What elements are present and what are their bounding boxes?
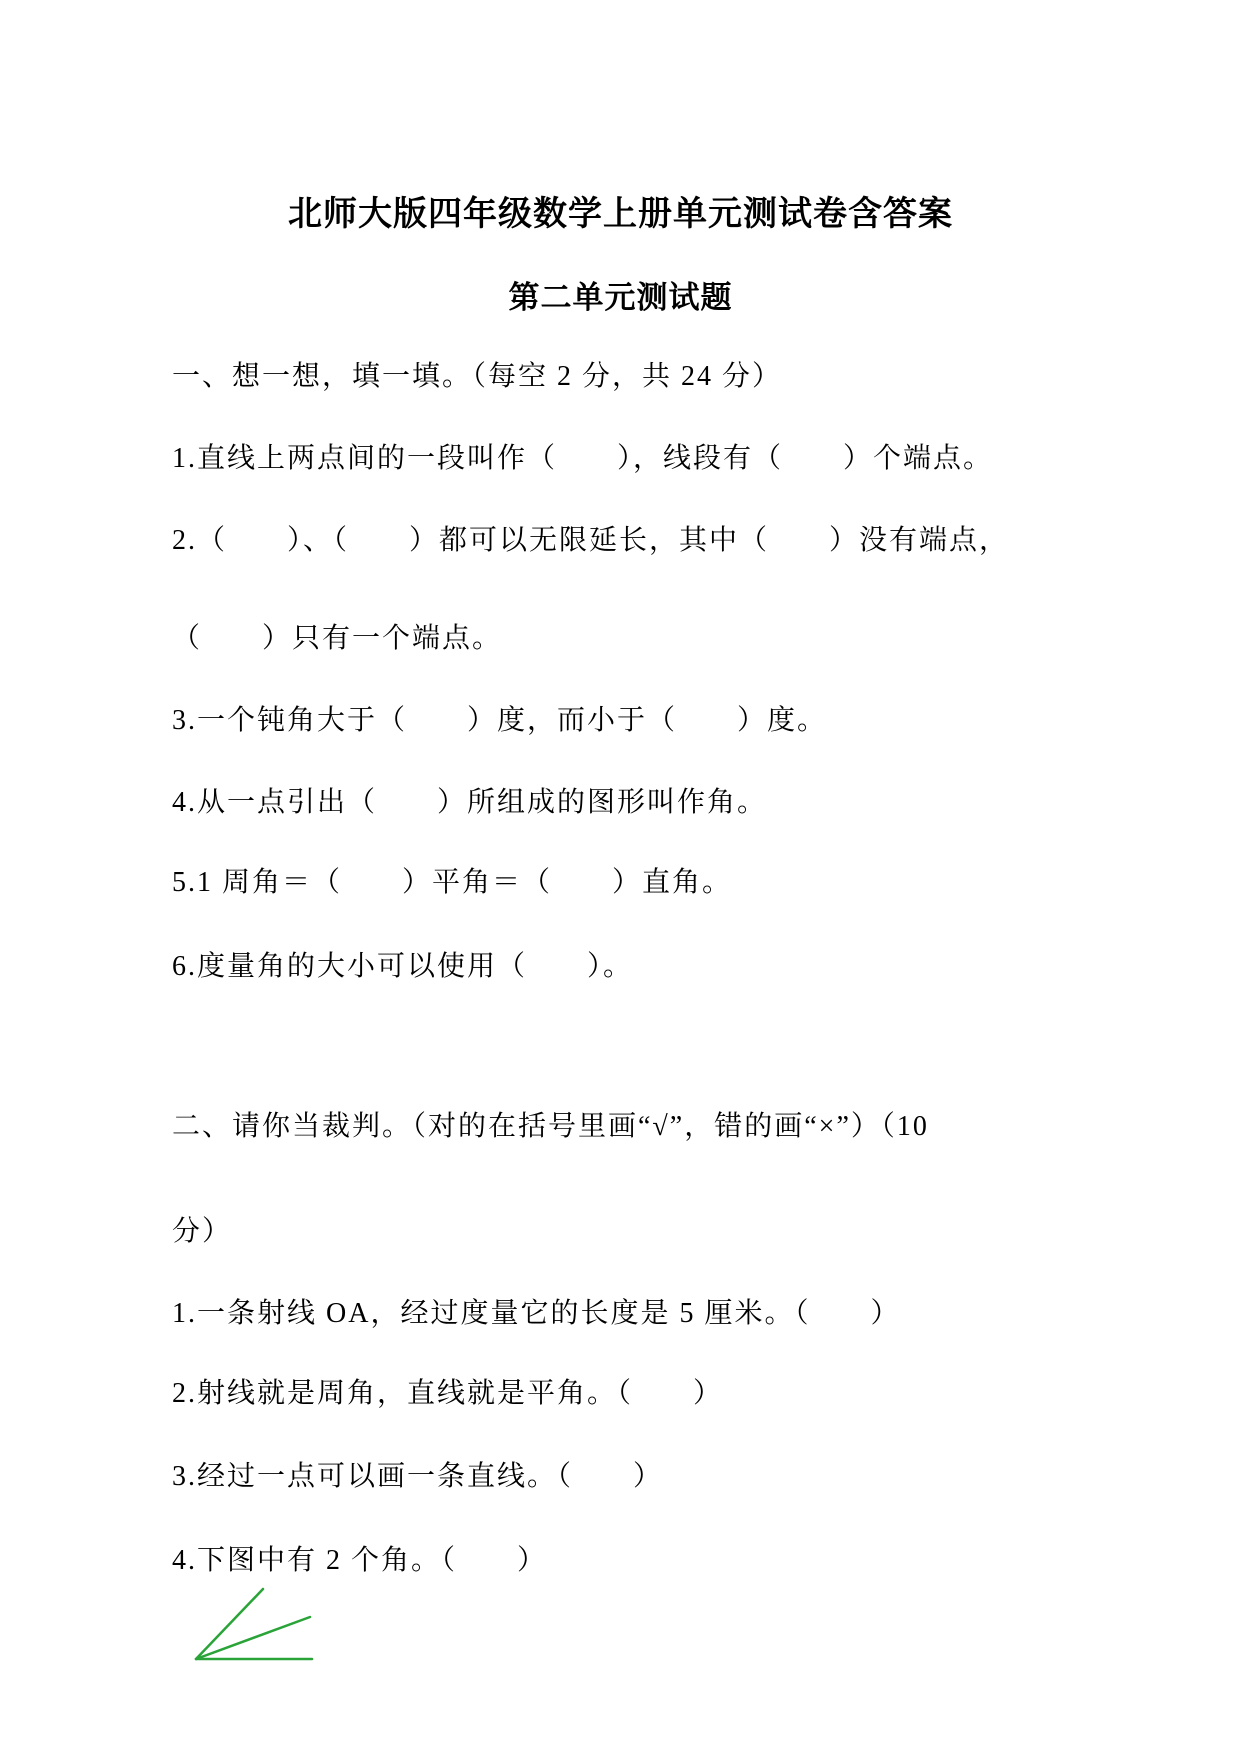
section-two-question-3: 3.经过一点可以画一条直线。（ ） [172,1460,663,1494]
section-one-question-5: 5.1 周角＝（ ）平角＝（ ）直角。 [172,866,732,900]
section-one-question-6: 6.度量角的大小可以使用（ ）。 [172,950,633,984]
section-one-heading: 一、想一想，填一填。（每空 2 分，共 24 分） [172,360,782,394]
angle-ray-upper [196,1589,263,1659]
document-subtitle: 第二单元测试题 [0,272,1241,317]
section-one-question-2-line-1: 2.（ ）、（ ）都可以无限延长，其中（ ）没有端点， [172,524,1009,558]
document-page: 北师大版四年级数学上册单元测试卷含答案 第二单元测试题 一、想一想，填一填。（每… [0,0,1241,1754]
section-two-question-2: 2.射线就是周角，直线就是平角。（ ） [172,1377,723,1411]
section-two-heading-line-2: 分） [172,1215,232,1249]
section-one-question-2-line-2: （ ）只有一个端点。 [172,622,502,656]
section-one-question-4: 4.从一点引出（ ）所组成的图形叫作角。 [172,786,767,820]
section-one-question-1: 1.直线上两点间的一段叫作（ ），线段有（ ）个端点。 [172,442,993,476]
section-two-heading-line-1: 二、请你当裁判。（对的在括号里画“√”，错的画“×”）（10 [172,1110,929,1144]
section-one-question-3: 3.一个钝角大于（ ）度，而小于（ ）度。 [172,704,827,738]
section-two-question-1: 1.一条射线 OA，经过度量它的长度是 5 厘米。（ ） [172,1297,900,1331]
angle-rays-figure [176,1582,326,1667]
section-two-question-4: 4.下图中有 2 个角。（ ） [172,1544,547,1578]
angle-ray-middle [196,1617,310,1659]
document-title: 北师大版四年级数学上册单元测试卷含答案 [0,186,1241,235]
